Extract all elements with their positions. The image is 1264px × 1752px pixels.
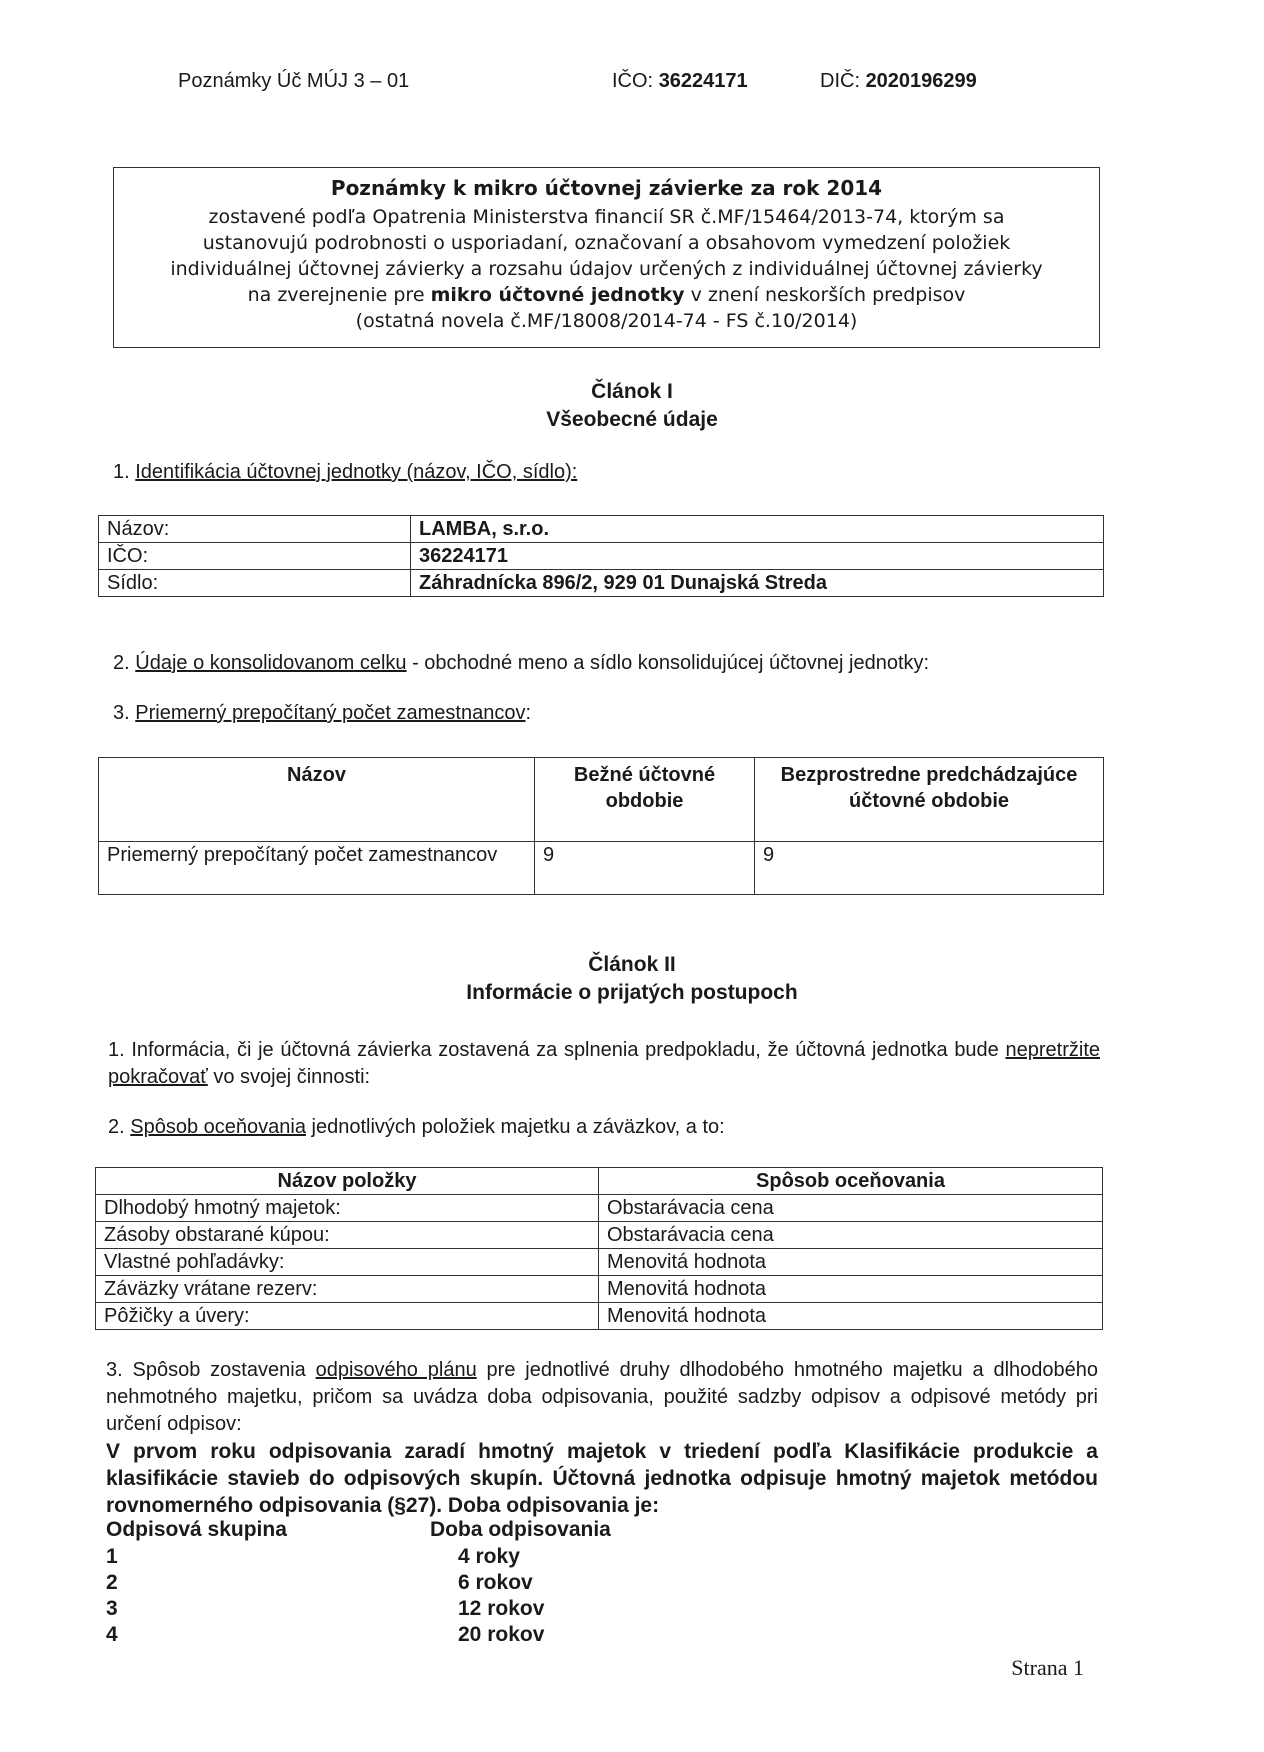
item-text: 1. Informácia, či je účtovná závierka zo… [108, 1039, 1006, 1061]
valuation-method: Menovitá hodnota [599, 1303, 1103, 1330]
item-name: Vlastné pohľadávky: [96, 1249, 599, 1276]
column-header: Spôsob oceňovania [599, 1168, 1103, 1195]
description-line: ustanovujú podrobnosti o usporiadaní, oz… [124, 230, 1089, 256]
employees-table: Názov Bežné účtovné obdobie Bezprostredn… [98, 757, 1104, 895]
table-row: Pôžičky a úvery:Menovitá hodnota [96, 1303, 1103, 1330]
field-label: Názov: [99, 516, 411, 543]
table-row: Dlhodobý hmotný majetok:Obstarávacia cen… [96, 1195, 1103, 1222]
article-2-item-3: 3. Spôsob zostavenia odpisového plánu pr… [106, 1357, 1098, 1438]
column-header: Názov [99, 758, 535, 842]
table-row: Zásoby obstarané kúpou:Obstarávacia cena [96, 1222, 1103, 1249]
article-2-heading: Článok II [0, 951, 1264, 979]
item-name: Zásoby obstarané kúpou: [96, 1222, 599, 1249]
article-2-item-1: 1. Informácia, či je účtovná závierka zo… [108, 1037, 1100, 1091]
dep-period: 20 rokov [458, 1621, 544, 1648]
text: v znení neskorších predpisov [685, 284, 966, 306]
title-box-description: zostavené podľa Opatrenia Ministerstva f… [114, 202, 1099, 334]
header-dic-value: 2020196299 [866, 70, 977, 92]
row-name: Priemerný prepočítaný počet zamestnancov [99, 842, 535, 895]
item-number: 2. [108, 1116, 130, 1138]
column-header: Bežné účtovné obdobie [535, 758, 755, 842]
header-ico: IČO: 36224171 [612, 70, 748, 93]
table-header-row: Názov položky Spôsob oceňovania [96, 1168, 1103, 1195]
table-header-row: Názov Bežné účtovné obdobie Bezprostredn… [99, 758, 1104, 842]
description-line: individuálnej účtovnej závierky a rozsah… [124, 256, 1089, 282]
valuation-method: Obstarávacia cena [599, 1222, 1103, 1249]
article-1-item-3: 3. Priemerný prepočítaný počet zamestnan… [113, 700, 531, 727]
field-label: IČO: [99, 543, 411, 570]
page-number: Strana 1 [1011, 1655, 1084, 1681]
item-number: 2. [113, 652, 135, 674]
item-label: Údaje o konsolidovanom celku [135, 652, 406, 674]
dep-period: 6 rokov [458, 1569, 533, 1596]
item-label: Priemerný prepočítaný počet zamestnancov [135, 702, 525, 724]
field-value: LAMBA, s.r.o. [411, 516, 1104, 543]
item-text: jednotlivých položiek majetku a záväzkov… [306, 1116, 725, 1138]
table-row: Sídlo:Záhradnícka 896/2, 929 01 Dunajská… [99, 570, 1104, 597]
item-text: : [525, 702, 531, 724]
document-title: Poznámky k mikro účtovnej závierke za ro… [114, 174, 1099, 202]
form-code: Poznámky Úč MÚJ 3 – 01 [178, 70, 409, 93]
item-label: odpisového plánu [316, 1359, 477, 1381]
article-1-subheading: Všeobecné údaje [0, 406, 1264, 434]
item-text: 3. Spôsob zostavenia [106, 1359, 316, 1381]
description-line: na zverejnenie pre mikro účtovné jednotk… [124, 282, 1089, 308]
item-label: Identifikácia účtovnej jednotky (názov, … [135, 461, 577, 483]
item-number: 3. [113, 702, 135, 724]
header-ico-label: IČO: [612, 70, 653, 92]
row-previous: 9 [755, 842, 1104, 895]
table-row: Vlastné pohľadávky:Menovitá hodnota [96, 1249, 1103, 1276]
table-row: Priemerný prepočítaný počet zamestnancov… [99, 842, 1104, 895]
dep-period: 4 roky [458, 1543, 520, 1570]
text: na zverejnenie pre [248, 284, 431, 306]
item-text: - obchodné meno a sídlo konsolidujúcej ú… [407, 652, 930, 674]
header-dic: DIČ: 2020196299 [820, 70, 977, 93]
field-value: 36224171 [411, 543, 1104, 570]
header-dic-label: DIČ: [820, 70, 860, 92]
article-1-heading: Článok I [0, 378, 1264, 406]
depreciation-text: V prvom roku odpisovania zaradí hmotný m… [106, 1438, 1098, 1519]
item-name: Dlhodobý hmotný majetok: [96, 1195, 599, 1222]
bold-text: mikro účtovné jednotky [431, 284, 685, 306]
table-row: IČO:36224171 [99, 543, 1104, 570]
valuation-method: Menovitá hodnota [599, 1249, 1103, 1276]
dep-header-period: Doba odpisovania [430, 1516, 611, 1543]
description-line: zostavené podľa Opatrenia Ministerstva f… [124, 204, 1089, 230]
valuation-table: Názov položky Spôsob oceňovania Dlhodobý… [95, 1167, 1103, 1330]
valuation-method: Menovitá hodnota [599, 1276, 1103, 1303]
dep-group: 2 [106, 1569, 118, 1596]
article-2-subheading: Informácie o prijatých postupoch [0, 979, 1264, 1007]
title-box: Poznámky k mikro účtovnej závierke za ro… [113, 167, 1100, 348]
table-row: Záväzky vrátane rezerv:Menovitá hodnota [96, 1276, 1103, 1303]
item-text: vo svojej činnosti: [208, 1066, 370, 1088]
table-row: Názov:LAMBA, s.r.o. [99, 516, 1104, 543]
item-label: Spôsob oceňovania [130, 1116, 306, 1138]
dep-header-group: Odpisová skupina [106, 1516, 287, 1543]
article-1-item-2: 2. Údaje o konsolidovanom celku - obchod… [113, 650, 929, 677]
dep-group: 3 [106, 1595, 118, 1622]
header-ico-value: 36224171 [659, 70, 748, 92]
article-2-item-2: 2. Spôsob oceňovania jednotlivých položi… [108, 1114, 725, 1141]
column-header: Bezprostredne predchádzajúce účtovné obd… [755, 758, 1104, 842]
dep-group: 4 [106, 1621, 118, 1648]
item-number: 1. [113, 461, 135, 483]
item-name: Pôžičky a úvery: [96, 1303, 599, 1330]
description-line: (ostatná novela č.MF/18008/2014-74 - FS … [124, 308, 1089, 334]
item-name: Záväzky vrátane rezerv: [96, 1276, 599, 1303]
valuation-method: Obstarávacia cena [599, 1195, 1103, 1222]
row-current: 9 [535, 842, 755, 895]
column-header: Názov položky [96, 1168, 599, 1195]
dep-group: 1 [106, 1543, 118, 1570]
field-value: Záhradnícka 896/2, 929 01 Dunajská Stred… [411, 570, 1104, 597]
identification-table: Názov:LAMBA, s.r.o.IČO:36224171Sídlo:Záh… [98, 515, 1104, 597]
article-1-item-1: 1. Identifikácia účtovnej jednotky (názo… [113, 459, 577, 486]
field-label: Sídlo: [99, 570, 411, 597]
dep-period: 12 rokov [458, 1595, 544, 1622]
